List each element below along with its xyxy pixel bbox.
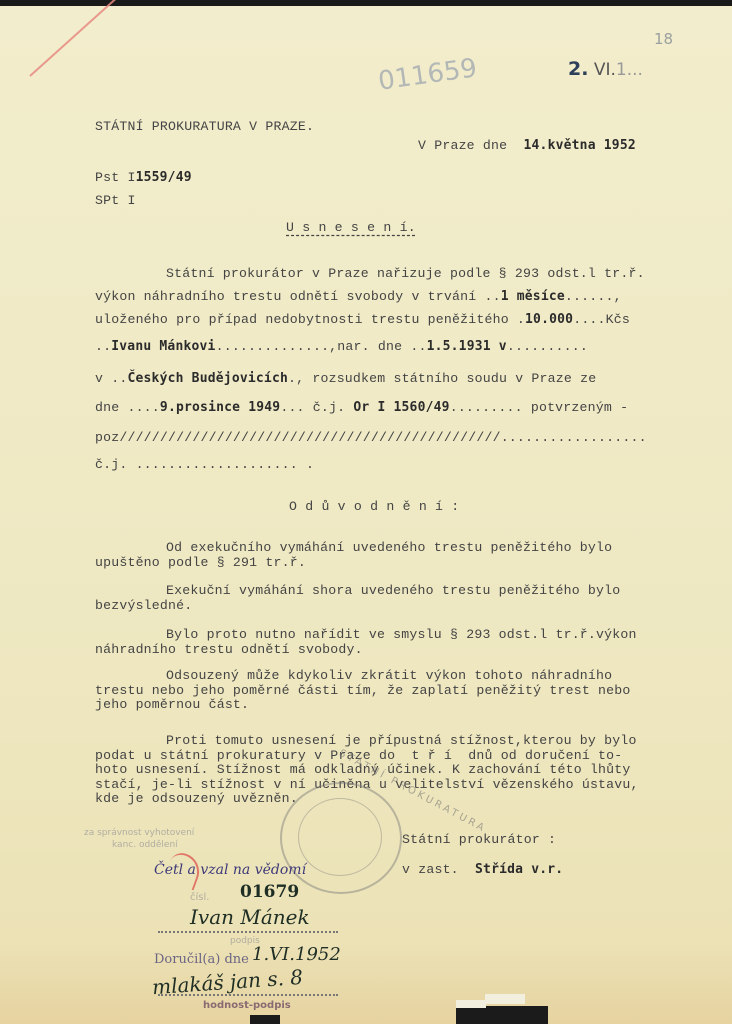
prisoner-number: 01679 xyxy=(240,882,299,902)
resolution-line-2: výkon náhradního trestu odnětí svobody v… xyxy=(95,289,622,304)
place-date-prefix: V Praze dne xyxy=(418,138,507,153)
page-number: 18 xyxy=(654,30,673,48)
delivered-date: 1.VI.1952 xyxy=(252,944,341,965)
reasoning-paragraph-line: jeho poměrnou část. xyxy=(95,697,249,712)
prosecutor-title: Státní prokurátor : xyxy=(402,832,556,847)
document-date: 14.května 1952 xyxy=(524,138,636,153)
reasoning-heading: O d ů v o d n ě n í : xyxy=(289,499,459,514)
line6-suffix: ......... potvrzeným - xyxy=(450,400,629,415)
resolution-line-6: dne ....9.prosince 1949... č.j. Or I 156… xyxy=(95,400,628,415)
official-label: hodnost-podpis xyxy=(203,1000,291,1011)
received-suffix: 1... xyxy=(616,60,643,80)
torn-flap xyxy=(485,994,525,1004)
line2-prefix: výkon náhradního trestu odnětí svobody v… xyxy=(95,289,501,304)
reasoning-paragraph-line: Od exekučního vymáhání uvedeného trestu … xyxy=(166,540,612,555)
judgment-date: 9.prosince 1949 xyxy=(160,400,280,415)
authority-heading: STÁTNÍ PROKURATURA V PRAZE. xyxy=(95,119,314,134)
reference-line: Pst I1559/49 xyxy=(95,170,192,185)
official-signature-line xyxy=(158,994,338,996)
place-date: V Praze dne 14.května 1952 xyxy=(418,138,636,153)
reasoning-paragraph-line: Odsouzený může kdykoliv zkrátit výkon to… xyxy=(166,668,612,683)
line5-prefix: v .. xyxy=(95,371,127,386)
reasoning-paragraph-line: náhradního trestu odnětí svobody. xyxy=(95,642,363,657)
on-behalf-prefix: v zast. xyxy=(402,862,459,877)
line3-prefix: uloženého pro případ nedobytnosti trestu… xyxy=(95,312,525,327)
secondary-reference: SPt I xyxy=(95,193,136,208)
resolution-line-5: v ..Českých Budějovicích., rozsudkem stá… xyxy=(95,371,596,386)
birth-place: Českých Budějovicích xyxy=(127,371,288,386)
acknowledged-stamp: Četl a vzal na vědomí xyxy=(154,862,306,878)
reasoning-paragraph-line: kde je odsouzený uvězněn. xyxy=(95,791,298,806)
resolution-line-1: Státní prokurátor v Praze nařizuje podle… xyxy=(166,266,645,281)
prosecutor-signature: v zast. Střída v.r. xyxy=(402,862,563,877)
reasoning-paragraph-line: trestu nebo jeho poměrné části tím, že z… xyxy=(95,683,631,698)
line6-prefix: dne .... xyxy=(95,400,160,415)
reasoning-paragraph-line: upuštěno podle § 291 tr.ř. xyxy=(95,555,306,570)
reasoning-paragraph-line: Exekuční vymáhání shora uvedeného trestu… xyxy=(166,583,620,598)
torn-flap xyxy=(456,1000,486,1008)
resolution-line-3: uloženého pro případ nedobytnosti trestu… xyxy=(95,312,630,327)
torn-edge xyxy=(250,1015,280,1024)
reasoning-paragraph-line: Bylo proto nutno nařídit ve smyslu § 293… xyxy=(166,627,637,642)
received-month: VI. xyxy=(594,60,616,80)
signature-line xyxy=(158,931,338,933)
line4-suffix: .......... xyxy=(507,339,588,354)
prisoner-signature: Ivan Mánek xyxy=(190,905,310,929)
reference-prefix: Pst I xyxy=(95,170,136,185)
line3-suffix: ....Kčs xyxy=(573,312,630,327)
reasoning-paragraph-line: bezvýsledné. xyxy=(95,598,192,613)
certified-stamp-line-2: kanc. oddělení xyxy=(112,840,178,850)
fine-amount: 10.000 xyxy=(525,312,573,327)
convict-name: Ivanu Mánkovi xyxy=(111,339,215,354)
line4-mid: ..............,nar. dne .. xyxy=(216,339,427,354)
received-day: 2. xyxy=(568,58,588,80)
birth-date: 1.5.1931 v xyxy=(427,339,507,354)
line6-mid: ... č.j. xyxy=(280,400,345,415)
reasoning-paragraph-line: Proti tomuto usnesení je přípustná stížn… xyxy=(166,733,637,748)
reference-number: 1559/49 xyxy=(136,170,192,185)
case-number: Or I 1560/49 xyxy=(353,400,449,415)
line5-suffix: ., rozsudkem státního soudu v Praze ze xyxy=(288,371,596,386)
received-stamp: 2. VI.1... xyxy=(568,58,643,80)
sentence-duration: 1 měsíce xyxy=(501,289,565,304)
resolution-line-8: č.j. .................... . xyxy=(95,457,314,472)
torn-edge xyxy=(456,1006,548,1024)
delivered-label: Doručil(a) dne xyxy=(154,952,249,967)
line2-suffix: ......, xyxy=(565,289,622,304)
struck-through-line: poz/////////////////////////////////////… xyxy=(95,430,647,445)
line4-prefix: .. xyxy=(95,339,111,354)
number-label: čísl. xyxy=(190,892,209,903)
prosecutor-name: Střída v.r. xyxy=(475,862,563,877)
resolution-line-4: ..Ivanu Mánkovi..............,nar. dne .… xyxy=(95,339,588,354)
document-title: U s n e s e n í. xyxy=(286,220,416,235)
certified-stamp-line-1: za správnost vyhotovení xyxy=(84,828,194,838)
